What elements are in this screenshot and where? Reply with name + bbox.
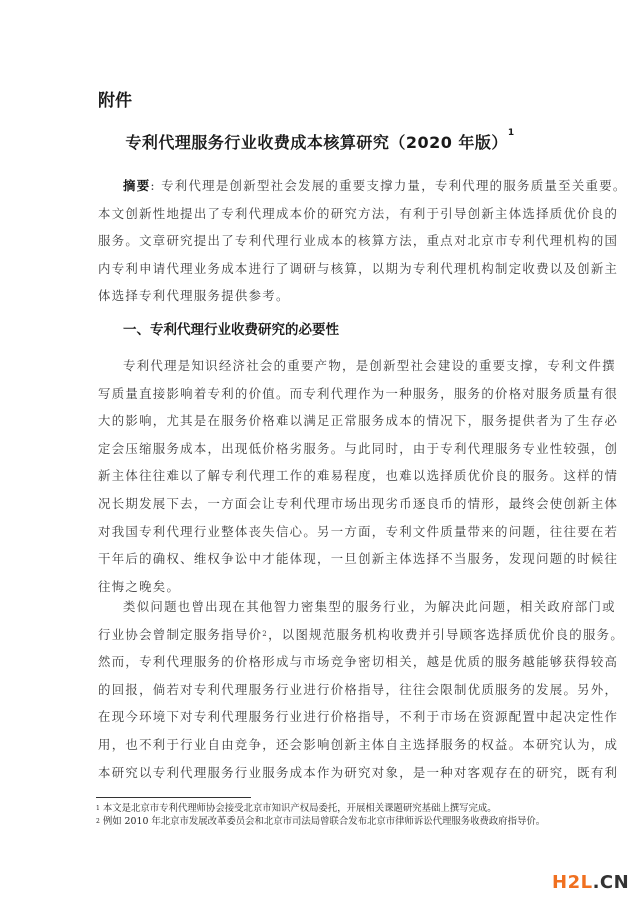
body-paragraph-1: 专利代理是知识经济社会的重要产物，是创新型社会建设的重要支撑，专利文件撰 写质量… — [98, 352, 542, 600]
footnote-divider — [96, 797, 251, 798]
section-heading: 一、专利代理行业收费研究的必要性 — [123, 318, 339, 338]
abstract-label: 摘要 — [123, 178, 150, 193]
footnotes: 1本文是北京市专利代理师协会接受北京市知识产权局委托，开展相关课题研究基础上撰写… — [96, 802, 556, 828]
body-line: 定会压缩服务成本，出现低价格劣服务。与此同时，由于专利代理服务专业性较强，创 — [98, 435, 542, 463]
body-line: 然而，专利代理服务的价格形成与市场竞争密切相关，越是优质的服务越能够获得较高 — [98, 648, 542, 676]
abstract-line: 内专利申请代理业务成本进行了调研与核算，以期为专利代理机构制定收费以及创新主 — [98, 255, 542, 283]
body-line: 大的影响，尤其是在服务价格难以满足正常服务成本的情况下，服务提供者为了生存必 — [98, 407, 542, 435]
attachment-label: 附件 — [98, 86, 132, 111]
watermark-part-2: .CN — [593, 872, 630, 893]
body-line: 在现今环境下对专利代理服务行业进行价格指导，不利于市场在资源配置中起决定性作 — [98, 703, 542, 731]
body-line: 写质量直接影响着专利的价值。而专利代理作为一种服务，服务的价格对服务质量有很 — [98, 380, 542, 408]
footnote-1: 1本文是北京市专利代理师协会接受北京市知识产权局委托，开展相关课题研究基础上撰写… — [96, 802, 556, 815]
body-line: 的回报，倘若对专利代理服务行业进行价格指导，往往会限制优质服务的发展。另外， — [98, 676, 542, 704]
abstract-line: 服务。文章研究提出了专利代理行业成本的核算方法，重点对北京市专利代理机构的国 — [98, 227, 542, 255]
body-line: 干年后的确权、维权争讼中才能体现，一旦创新主体选择不当服务，发现问题的时候往 — [98, 545, 542, 573]
abstract-line: 体选择专利代理服务提供参考。 — [98, 282, 542, 310]
footnote-2: 2例如 2010 年北京市发展改革委员会和北京市司法局曾联合发布北京市律师诉讼代… — [96, 815, 556, 828]
watermark-part-1: H2L — [552, 872, 593, 893]
body-line: 专利代理是知识经济社会的重要产物，是创新型社会建设的重要支撑，专利文件撰 — [98, 352, 542, 380]
body-paragraph-2: 类似问题也曾出现在其他智力密集型的服务行业，为解决此问题，相关政府部门或 行业协… — [98, 593, 542, 786]
document-page: 附件 专利代理服务行业收费成本核算研究（2020 年版）1 摘要: 专利代理是创… — [0, 0, 640, 906]
abstract-line: 摘要: 专利代理是创新型社会发展的重要支撑力量，专利代理的服务质量至关重要。 — [98, 172, 542, 200]
title-footnote-mark: 1 — [508, 128, 515, 138]
body-line: 况长期发展下去，一方面会让专利代理市场出现劣币逐良币的情形，最终会使创新主体 — [98, 490, 542, 518]
body-line: 新主体往往难以了解专利代理工作的难易程度，也难以选择质优价良的服务。这样的情 — [98, 462, 542, 490]
body-line: 对我国专利代理行业整体丧失信心。另一方面，专利文件质量带来的问题，往往要在若 — [98, 518, 542, 546]
abstract-line: 本文创新性地提出了专利代理成本价的研究方法，有利于引导创新主体选择质优价良的 — [98, 200, 542, 228]
document-title: 专利代理服务行业收费成本核算研究（2020 年版）1 — [0, 130, 640, 153]
abstract-paragraph: 摘要: 专利代理是创新型社会发展的重要支撑力量，专利代理的服务质量至关重要。 本… — [98, 172, 542, 310]
title-text: 专利代理服务行业收费成本核算研究（2020 年版） — [125, 133, 508, 152]
body-line: 用，也不利于行业自由竞争，还会影响创新主体自主选择服务的权益。本研究认为，成 — [98, 731, 542, 759]
body-line: 行业协会曾制定服务指导价2，以图规范服务机构收费并引导顾客选择质优价良的服务。 — [98, 621, 542, 649]
body-line: 本研究以专利代理服务行业服务成本作为研究对象，是一种对客观存在的研究，既有利 — [98, 759, 542, 787]
body-line: 类似问题也曾出现在其他智力密集型的服务行业，为解决此问题，相关政府部门或 — [98, 593, 542, 621]
watermark-logo: H2L.CN — [552, 872, 629, 893]
